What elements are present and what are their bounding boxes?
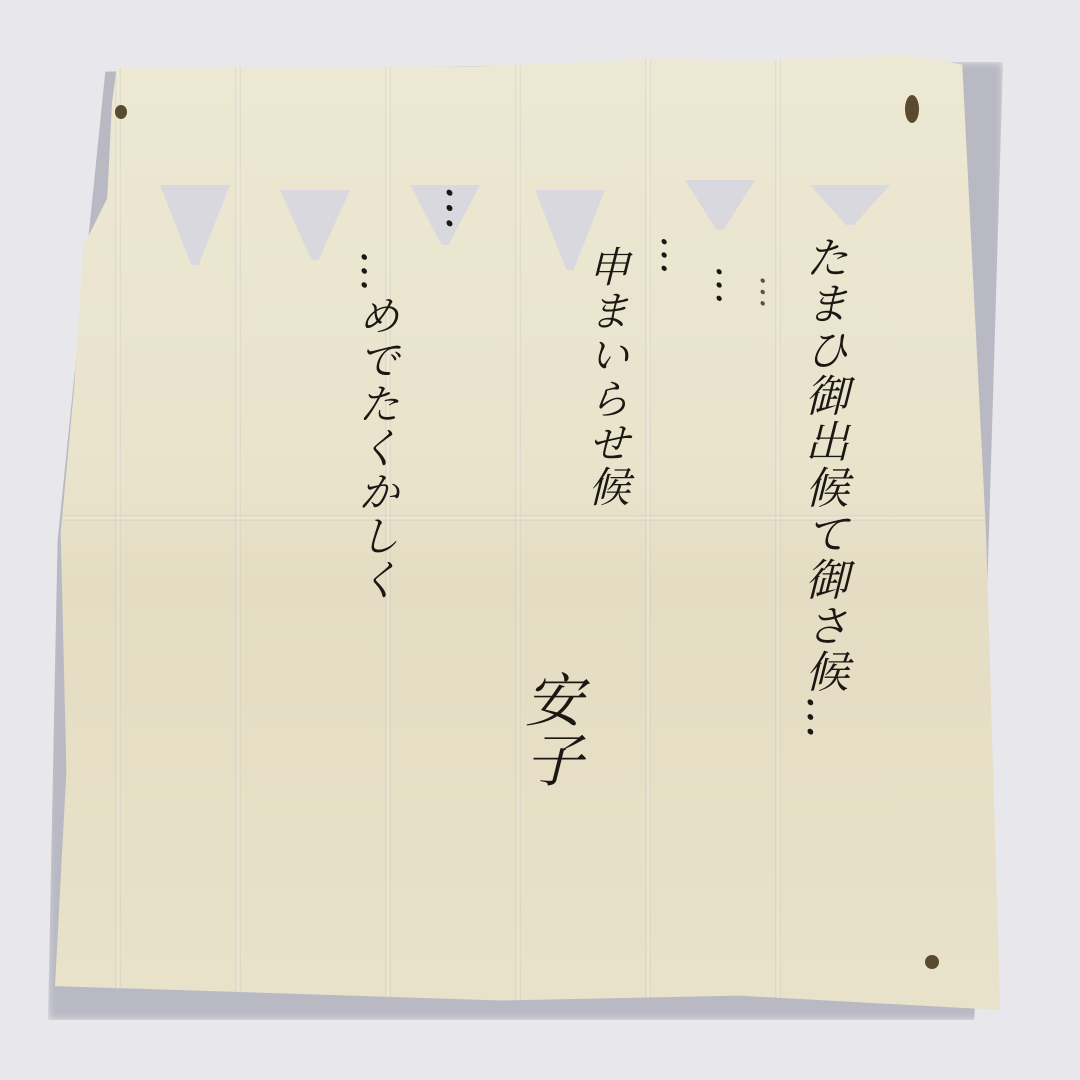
text-column-4: … (655, 235, 695, 935)
document-paper: たまひ御出候て御さ候… … … … 申まいらせ候 安子 … …めでたくかしく (55, 55, 1005, 1010)
ink-stain (905, 95, 919, 123)
fold-line (235, 55, 241, 1010)
horizontal-fold (55, 515, 1005, 521)
fold-line (645, 55, 651, 1010)
text-column-3: … (710, 265, 750, 905)
worm-hole (810, 185, 890, 225)
text-column-2: … (755, 275, 789, 875)
text-column-7: … (440, 185, 486, 925)
fold-line (115, 55, 121, 1010)
text-column-8: …めでたくかしく (355, 250, 397, 930)
text-column-5: 申まいらせ候 (585, 245, 627, 605)
ink-stain (925, 955, 939, 969)
worm-hole (685, 180, 755, 230)
ink-stain (115, 105, 127, 119)
text-column-1: たまひ御出候て御さ候… (800, 235, 844, 955)
signature: 安子 (520, 670, 578, 870)
worm-hole (160, 185, 230, 265)
worm-hole (280, 190, 350, 260)
